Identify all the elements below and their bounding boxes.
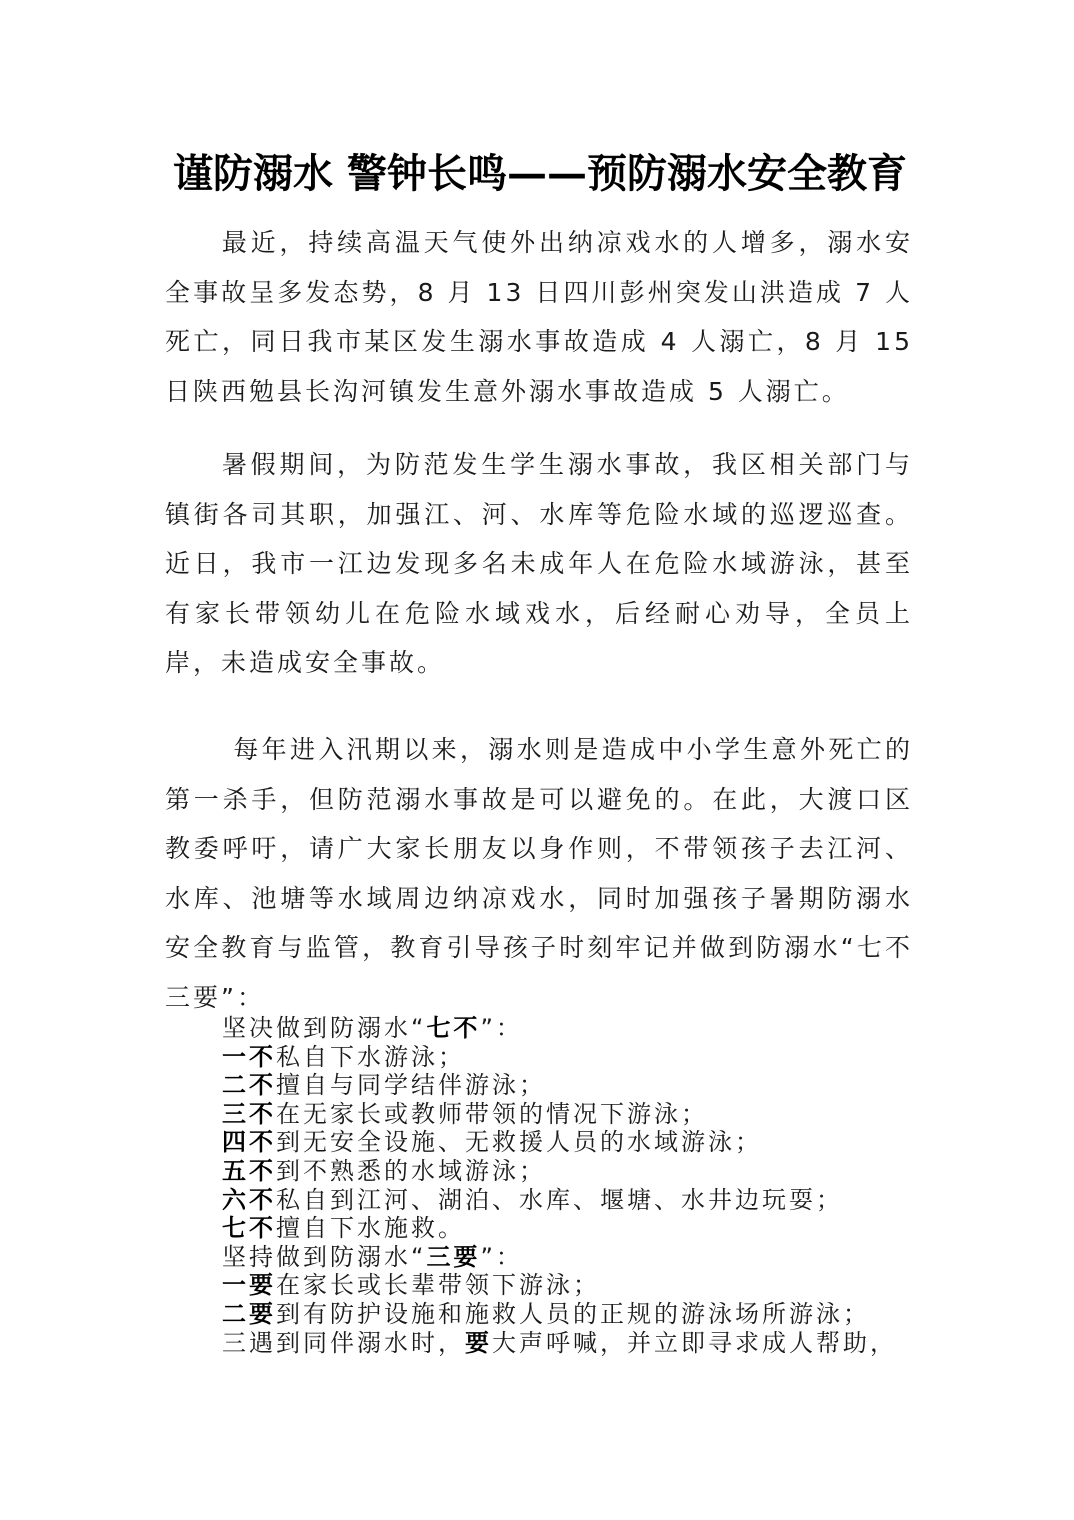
paragraph-1: 最近，持续高温天气使外出纳凉戏水的人增多，溺水安全事故呈多发态势，8 月 13 … [165, 218, 913, 416]
list-item: 七不擅自下水施救。 [222, 1214, 922, 1243]
seven-nots-heading: 坚决做到防溺水“七不”： [222, 1014, 922, 1043]
item-text: 到有防护设施和施救人员的正规的游泳场所游泳； [276, 1300, 870, 1328]
paragraph-text: 每年进入汛期以来，溺水则是造成中小学生意外死亡的第一杀手，但防范溺水事故是可以避… [165, 735, 913, 1012]
item-text: 私自到江河、湖泊、水库、堰塘、水井边玩耍； [276, 1186, 843, 1214]
item-text: 到无安全设施、无救援人员的水域游泳； [276, 1128, 762, 1156]
list-item: 四不到无安全设施、无救援人员的水域游泳； [222, 1128, 922, 1157]
heading-bold: 三要 [426, 1243, 480, 1271]
heading-bold: 七不 [426, 1014, 480, 1042]
rules-list: 坚决做到防溺水“七不”： 一不私自下水游泳； 二不擅自与同学结伴游泳； 三不在无… [222, 1014, 922, 1357]
item-text: 在家长或长辈带领下游泳； [276, 1271, 600, 1299]
item-label: 一要 [222, 1271, 276, 1299]
item-label: 要 [465, 1329, 492, 1357]
item-label: 二不 [222, 1071, 276, 1099]
heading-text: ”： [480, 1243, 522, 1271]
item-text: 到不熟悉的水域游泳； [276, 1157, 546, 1185]
item-label: 三不 [222, 1100, 276, 1128]
heading-text: 坚决做到防溺水“ [222, 1014, 426, 1042]
paragraph-2: 暑假期间，为防范发生学生溺水事故，我区相关部门与镇街各司其职，加强江、河、水库等… [165, 440, 913, 688]
list-item: 二要到有防护设施和施救人员的正规的游泳场所游泳； [222, 1300, 922, 1329]
list-item: 一要在家长或长辈带领下游泳； [222, 1271, 922, 1300]
item-text: 大声呼喊，并立即寻求成人帮助， [492, 1329, 897, 1357]
list-item: 五不到不熟悉的水域游泳； [222, 1157, 922, 1186]
document-page: 谨防溺水 警钟长鸣——预防溺水安全教育 最近，持续高温天气使外出纳凉戏水的人增多… [0, 0, 1074, 1520]
list-item: 二不擅自与同学结伴游泳； [222, 1071, 922, 1100]
item-text: 三遇到同伴溺水时， [222, 1329, 465, 1357]
item-label: 二要 [222, 1300, 276, 1328]
item-label: 一不 [222, 1043, 276, 1071]
paragraph-text: 暑假期间，为防范发生学生溺水事故，我区相关部门与镇街各司其职，加强江、河、水库等… [165, 450, 913, 677]
three-musts-heading: 坚持做到防溺水“三要”： [222, 1243, 922, 1272]
list-item: 六不私自到江河、湖泊、水库、堰塘、水井边玩耍； [222, 1186, 922, 1215]
document-title: 谨防溺水 警钟长鸣——预防溺水安全教育 [160, 142, 920, 199]
item-text: 私自下水游泳； [276, 1043, 465, 1071]
item-text: 在无家长或教师带领的情况下游泳； [276, 1100, 708, 1128]
paragraph-3: 每年进入汛期以来，溺水则是造成中小学生意外死亡的第一杀手，但防范溺水事故是可以避… [165, 725, 913, 1022]
list-item: 三遇到同伴溺水时，要大声呼喊，并立即寻求成人帮助， [222, 1329, 922, 1358]
heading-text: ”： [480, 1014, 522, 1042]
item-label: 七不 [222, 1214, 276, 1242]
item-label: 六不 [222, 1186, 276, 1214]
item-text: 擅自与同学结伴游泳； [276, 1071, 546, 1099]
list-item: 三不在无家长或教师带领的情况下游泳； [222, 1100, 922, 1129]
list-item: 一不私自下水游泳； [222, 1043, 922, 1072]
item-label: 四不 [222, 1128, 276, 1156]
item-text: 擅自下水施救。 [276, 1214, 465, 1242]
heading-text: 坚持做到防溺水“ [222, 1243, 426, 1271]
paragraph-text: 最近，持续高温天气使外出纳凉戏水的人增多，溺水安全事故呈多发态势，8 月 13 … [165, 228, 913, 406]
item-label: 五不 [222, 1157, 276, 1185]
